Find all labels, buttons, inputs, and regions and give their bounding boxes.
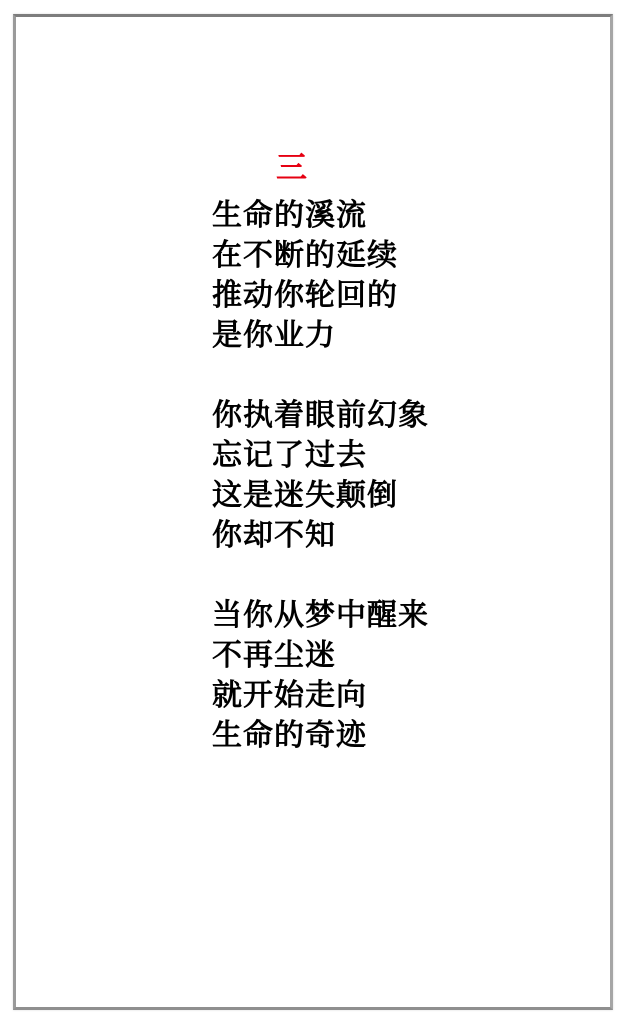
poem-stanza-3: 当你从梦中醒来 不再尘迷 就开始走向 生命的奇迹 <box>212 596 429 756</box>
poem-line: 不再尘迷 <box>212 636 429 676</box>
poem-line: 生命的奇迹 <box>212 716 429 756</box>
poem-line: 你却不知 <box>212 516 429 556</box>
poem-line: 推动你轮回的 <box>212 276 429 316</box>
poem-line: 这是迷失颠倒 <box>212 476 429 516</box>
poem-line: 生命的溪流 <box>212 196 429 236</box>
poem-line: 在不断的延续 <box>212 236 429 276</box>
section-number-heading: 三 <box>212 148 429 188</box>
poem-line: 是你业力 <box>212 316 429 356</box>
poem-line: 你执着眼前幻象 <box>212 396 429 436</box>
poem-body: 三 生命的溪流 在不断的延续 推动你轮回的 是你业力 你执着眼前幻象 忘记了过去… <box>212 148 429 756</box>
poem-stanza-2: 你执着眼前幻象 忘记了过去 这是迷失颠倒 你却不知 <box>212 396 429 556</box>
poem-line: 当你从梦中醒来 <box>212 596 429 636</box>
scanned-book-page: { "page": { "background_color": "#ffffff… <box>0 0 627 1026</box>
poem-line: 就开始走向 <box>212 676 429 716</box>
poem-line: 忘记了过去 <box>212 436 429 476</box>
poem-stanza-1: 生命的溪流 在不断的延续 推动你轮回的 是你业力 <box>212 196 429 356</box>
